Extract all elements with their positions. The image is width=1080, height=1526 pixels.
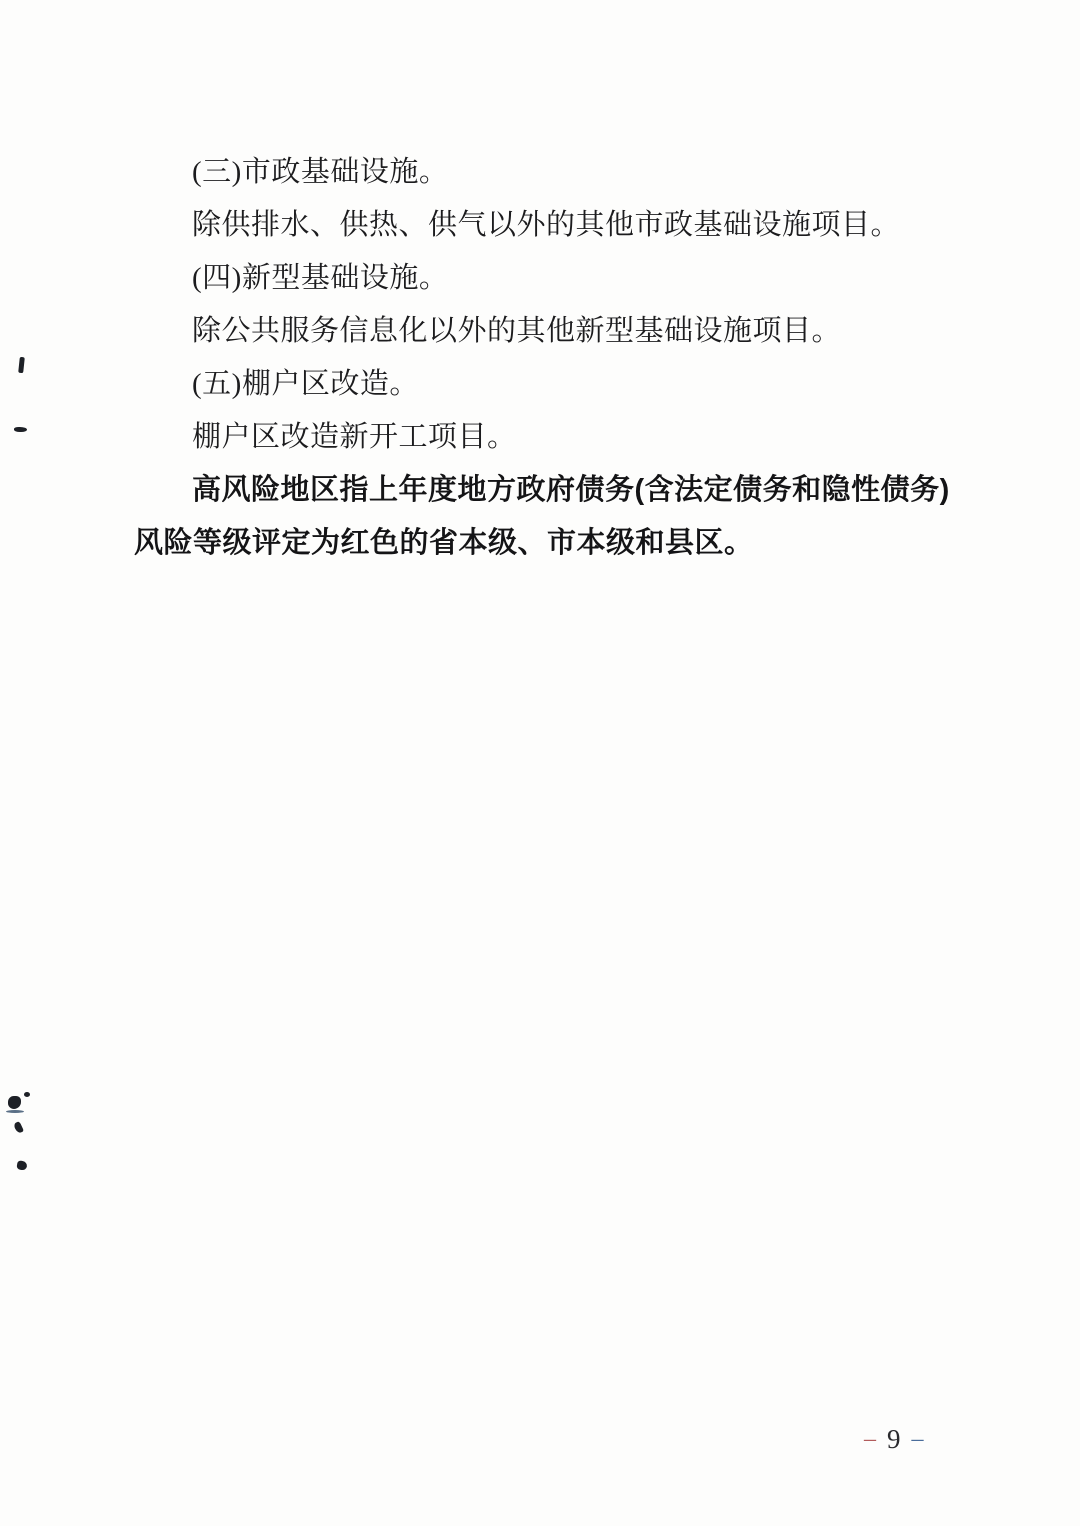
ink-speck <box>13 1121 24 1134</box>
ink-speck <box>6 1110 24 1113</box>
page-number-value: 9 <box>887 1424 901 1455</box>
paragraph-section-4-body: 除公共服务信息化以外的其他新型基础设施项目。 <box>134 305 966 358</box>
page-number: – 9 – <box>864 1424 924 1455</box>
ink-speck <box>8 1096 21 1109</box>
page-number-dash-right: – <box>912 1426 924 1453</box>
ink-speck <box>24 1092 30 1097</box>
ink-speck <box>14 427 27 432</box>
ink-speck <box>18 357 25 373</box>
document-body: (三)市政基础设施。 除供排水、供热、供气以外的其他市政基础设施项目。 (四)新… <box>134 146 966 570</box>
paragraph-high-risk-note-line-1: 高风险地区指上年度地方政府债务(含法定债务和隐性债务) <box>134 464 966 517</box>
paragraph-section-5-body: 棚户区改造新开工项目。 <box>134 411 966 464</box>
paragraph-section-3-body: 除供排水、供热、供气以外的其他市政基础设施项目。 <box>134 199 966 252</box>
paragraph-section-5-heading: (五)棚户区改造。 <box>134 358 966 411</box>
document-page: (三)市政基础设施。 除供排水、供热、供气以外的其他市政基础设施项目。 (四)新… <box>0 0 1080 1526</box>
paragraph-high-risk-note-line-2: 风险等级评定为红色的省本级、市本级和县区。 <box>134 517 966 570</box>
page-number-dash-left: – <box>864 1426 876 1453</box>
paragraph-section-4-heading: (四)新型基础设施。 <box>134 252 966 305</box>
ink-speck <box>16 1160 27 1171</box>
paragraph-section-3-heading: (三)市政基础设施。 <box>134 146 966 199</box>
